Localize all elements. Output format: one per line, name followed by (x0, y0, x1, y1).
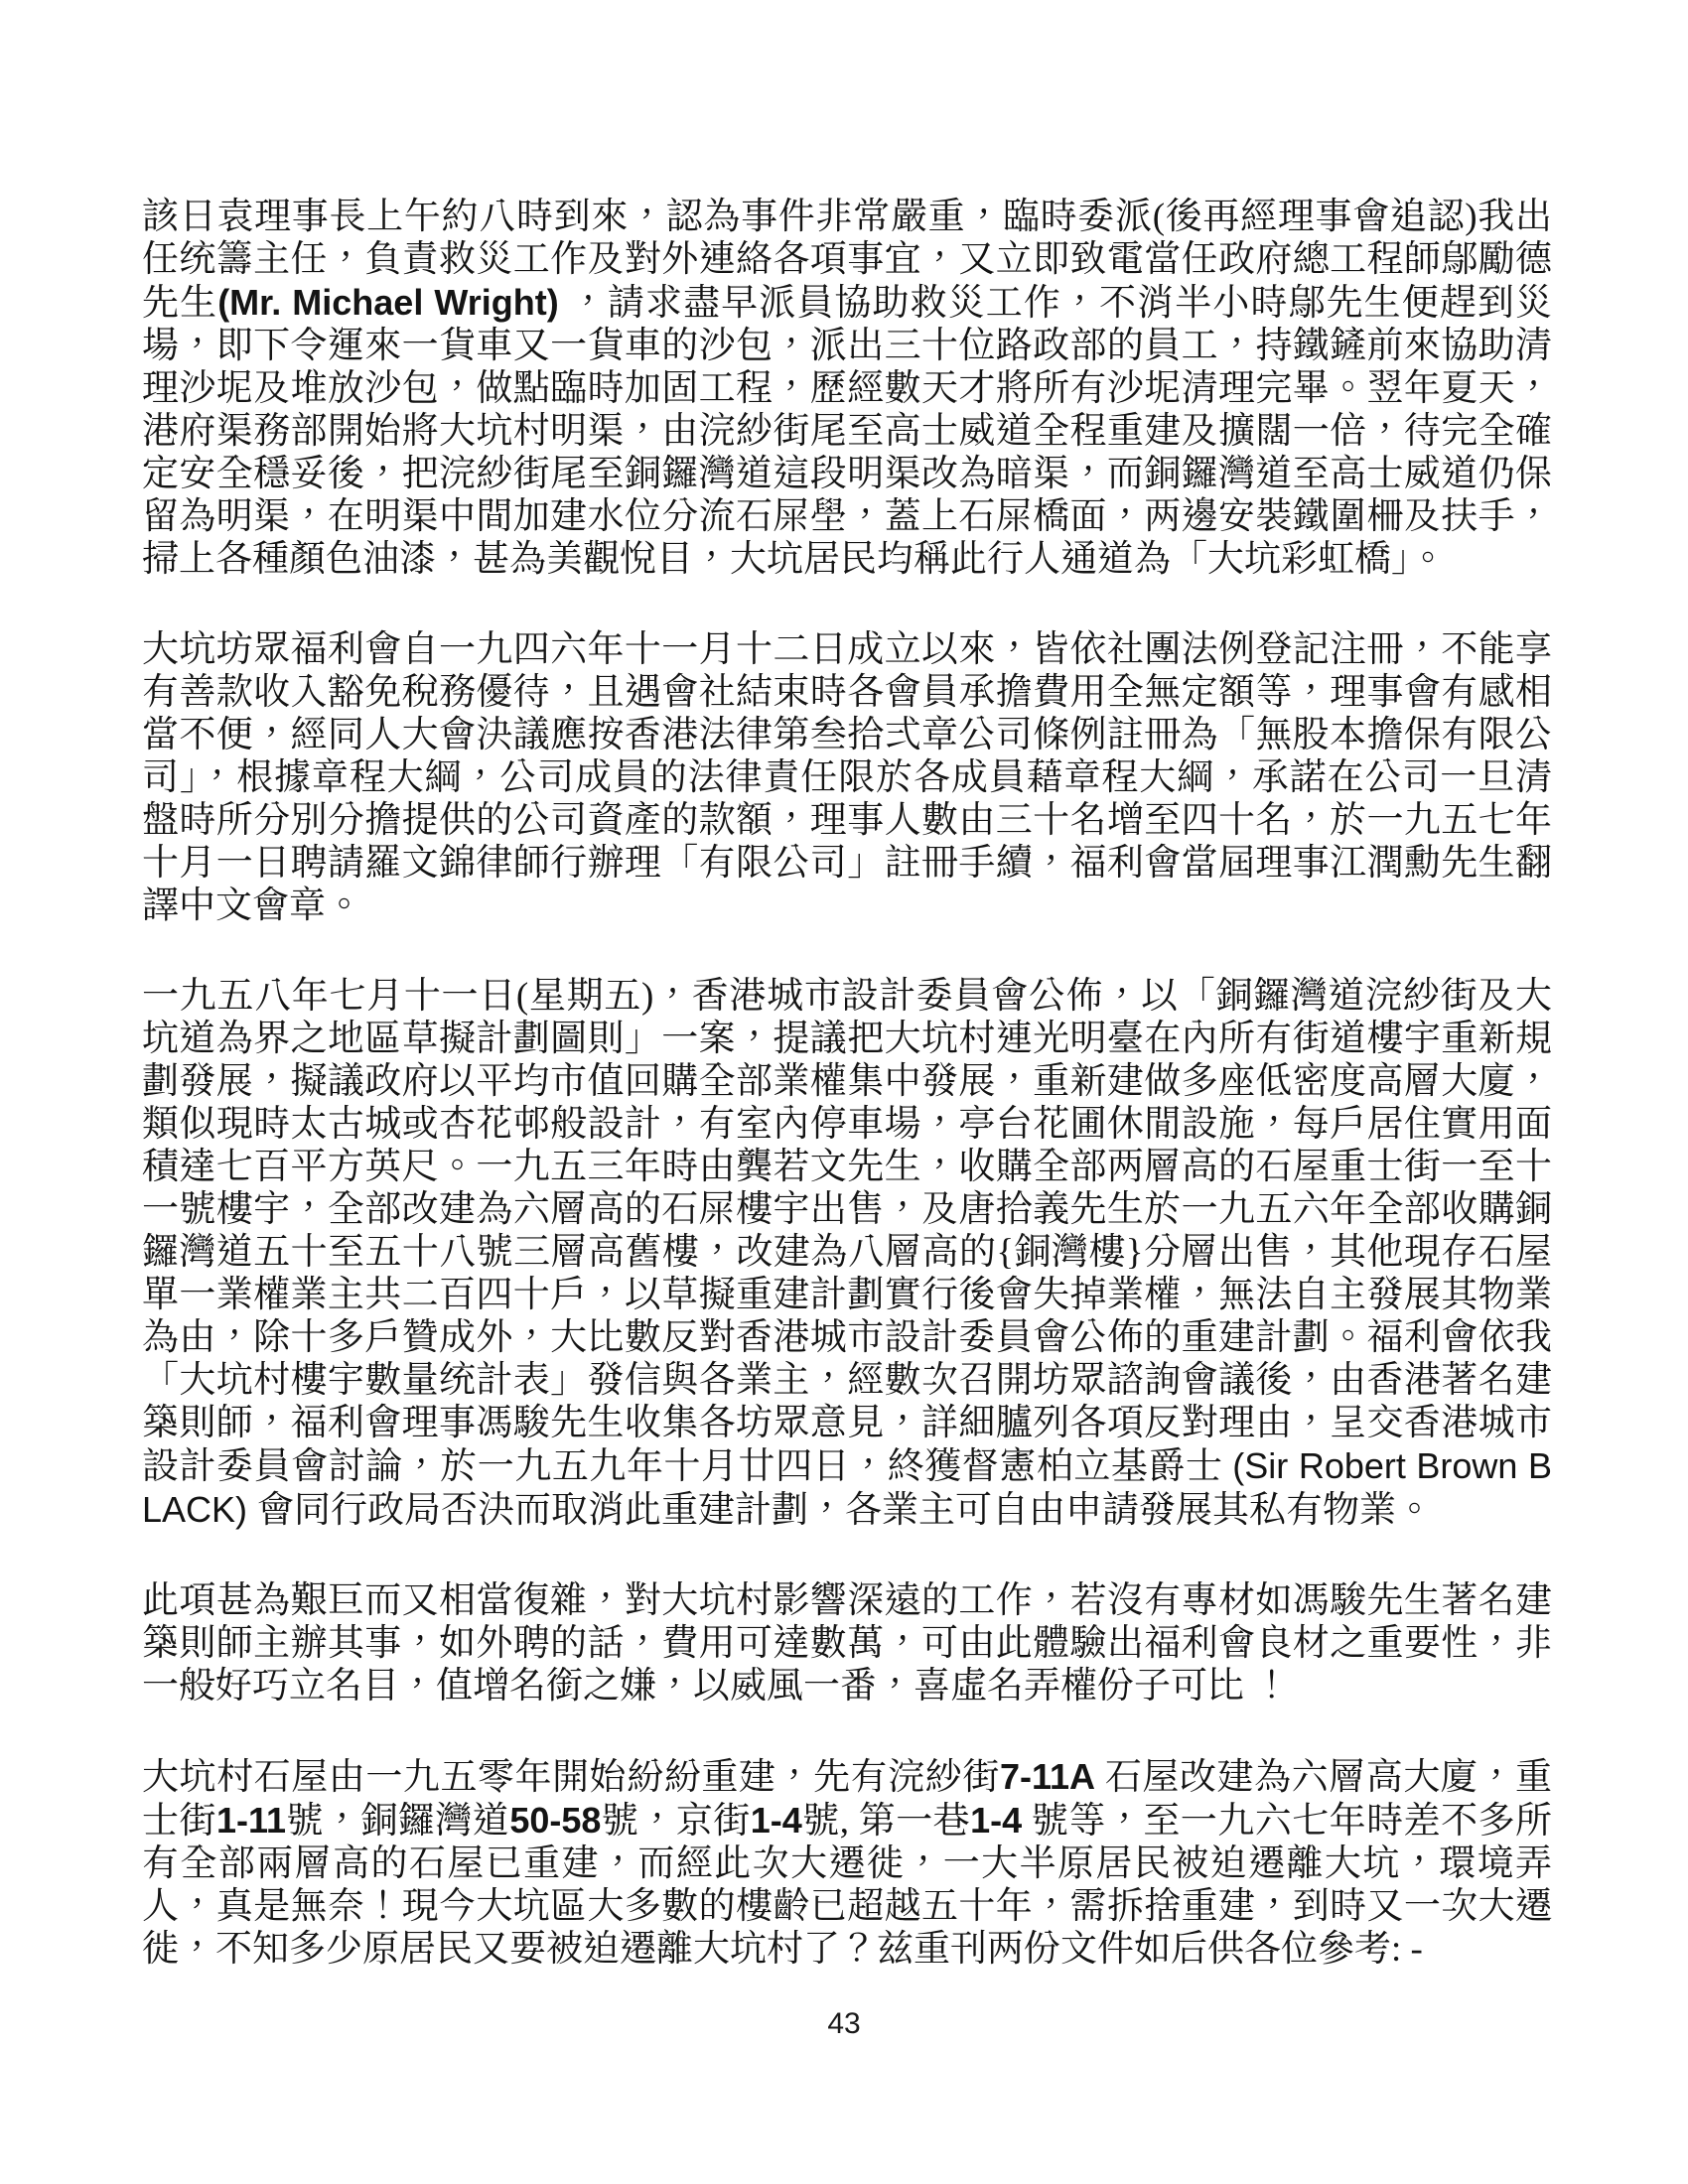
paragraph-4: 此項甚為艱巨而又相當復雜，對大坑村影響深遠的工作，若沒有專材如馮駿先生著名建築則… (142, 1579, 1552, 1707)
latin-text-run: 1-4 (751, 1800, 802, 1841)
latin-text-run: (Mr. Michael Wright) (217, 282, 570, 323)
latin-text-run: 50-58 (509, 1800, 601, 1841)
text-run: 大坑村石屋由一九五零年開始紛紛重建，先有浣紗街 (142, 1757, 1000, 1798)
page-number: 43 (0, 2007, 1688, 2041)
text-run: 會同行政局否決而取消此重建計劃，各業主可自由申請發展其私有物業。 (257, 1490, 1433, 1531)
paragraph-2: 大坑坊眾福利會自一九四六年十一月十二日成立以來，皆依社團法例登記注冊，不能享有善… (142, 628, 1552, 927)
paragraph-3: 一九五八年七月十一日(星期五)，香港城市設計委員會公佈，以「銅鑼灣道浣紗街及大坑… (142, 975, 1552, 1532)
paragraph-5: 大坑村石屋由一九五零年開始紛紛重建，先有浣紗街7-11A 石屋改建為六層高大廈，… (142, 1755, 1552, 1971)
latin-text-run: 1-11 (216, 1800, 286, 1841)
text-run: ，請求盡早派員協助救災工作，不消半小時鄔先生便趕到災場，即下令運來一貨車又一貨車… (142, 283, 1552, 580)
latin-text-run: 1-4 (970, 1800, 1022, 1841)
paragraph-1: 該日袁理事長上午約八時到來，認為事件非常嚴重，臨時委派(後再經理事會追認)我出任… (142, 196, 1552, 581)
text-run: 此項甚為艱巨而又相當復雜，對大坑村影響深遠的工作，若沒有專材如馮駿先生著名建築則… (142, 1580, 1552, 1706)
document-page: 該日袁理事長上午約八時到來，認為事件非常嚴重，臨時委派(後再經理事會追認)我出任… (0, 0, 1688, 2184)
text-run: 一九五八年七月十一日(星期五)，香港城市設計委員會公佈，以「銅鑼灣道浣紗街及大坑… (142, 976, 1552, 1487)
text-run: 號, 第一巷 (802, 1801, 970, 1842)
text-run: 號，京街 (601, 1801, 750, 1842)
text-run: 號，銅鑼灣道 (286, 1801, 509, 1842)
text-content: 該日袁理事長上午約八時到來，認為事件非常嚴重，臨時委派(後再經理事會追認)我出任… (142, 196, 1552, 1971)
text-run: 大坑坊眾福利會自一九四六年十一月十二日成立以來，皆依社團法例登記注冊，不能享有善… (142, 629, 1552, 926)
latin-text-run: 7-11A (1000, 1756, 1095, 1797)
